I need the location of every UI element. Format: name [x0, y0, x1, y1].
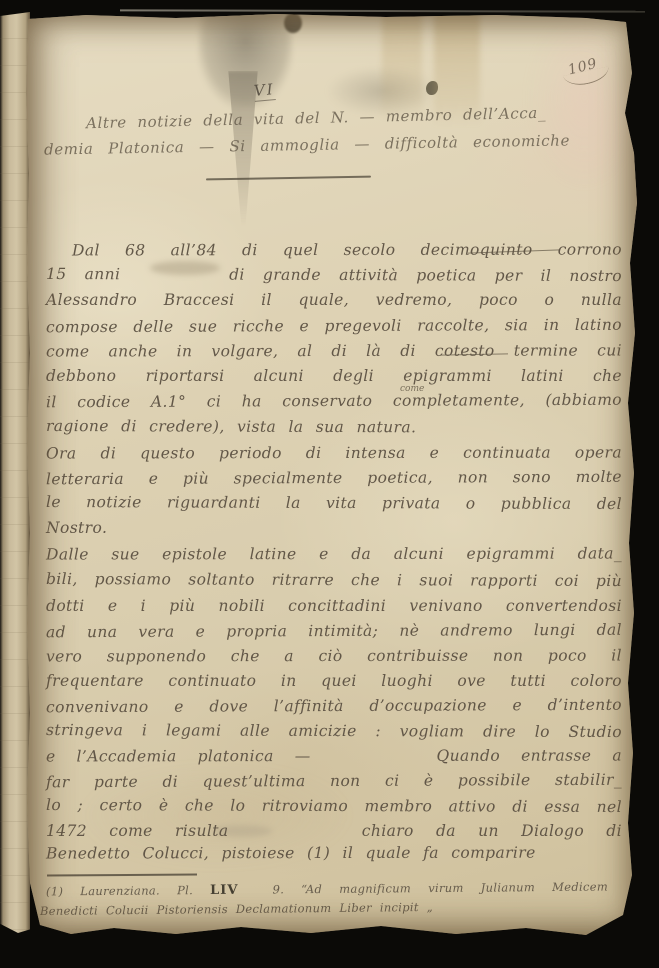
manuscript-line: come anche in volgare, al di là di cotes…: [46, 340, 622, 361]
footnote-line-2: Benedicti Colucii Pistoriensis Declamati…: [40, 900, 433, 919]
heading-line-1: Altre notizie della vita del N. — membro…: [86, 103, 546, 133]
manuscript-line: le notizie riguardanti la vita privata o…: [46, 492, 622, 514]
stain-brown-streak-left: [382, 13, 422, 118]
interlinear-correction: come: [400, 384, 424, 394]
book-gutter-page-edges: [0, 12, 30, 933]
heading-underline-rule: [206, 176, 371, 181]
manuscript-line: e l’Accademia platonica — Quando entrass…: [46, 745, 622, 766]
manuscript-line: far parte di quest’ultima non ci è possi…: [46, 770, 622, 793]
manuscript-line: ragione di credere), vista la sua natura…: [46, 416, 622, 438]
ink-dot: [426, 81, 438, 95]
stain-pink-tint-corner: [531, 13, 638, 183]
manuscript-line: dotti e i più nobili concittadini veniva…: [46, 596, 622, 616]
manuscript-line: bili, possiamo soltanto ritrarre che i s…: [46, 569, 622, 591]
footnote-text: (1) Laurenziana. Pl.: [46, 883, 210, 898]
manuscript-line: 15 anni di grande attività poetica per i…: [46, 264, 622, 286]
manuscript-line: frequentare continuato in quei luoghi ov…: [46, 671, 622, 691]
manuscript-line: il codice A.1° ci ha conservato completa…: [46, 390, 622, 413]
manuscript-line: 1472 come risulta chiaro da un Dialogo d…: [46, 821, 622, 841]
heading-line-2: demia Platonica — Si ammoglia — difficol…: [44, 130, 570, 159]
manuscript-line: convenivano e dove l’affinità d’occupazi…: [46, 695, 622, 718]
manuscript-line: Benedetto Colucci, pistoiese (1) il qual…: [46, 842, 622, 863]
footnote-text: 9. “Ad magnificum virum Julianum Medicem: [238, 880, 608, 897]
manuscript-line: stringeva i legami alle amicizie : vogli…: [46, 720, 622, 742]
stain-dark-spot: [284, 13, 302, 33]
footnote-separator-rule: [47, 873, 197, 876]
manuscript-line: compose delle sue ricche e pregevoli rac…: [46, 315, 622, 338]
manuscript-page: 109 VI Altre notizie della vita del N. —…: [26, 13, 638, 938]
scanned-page-photo: 109 VI Altre notizie della vita del N. —…: [0, 0, 659, 968]
chapter-numeral: VI: [253, 80, 275, 102]
manuscript-line: Nostro.: [46, 518, 622, 538]
manuscript-line: lo ; certo è che lo ritroviamo membro at…: [46, 795, 622, 817]
manuscript-line: Ora di questo periodo di intensa e conti…: [46, 442, 622, 463]
manuscript-line: Alessandro Braccesi il quale, vedremo, p…: [46, 290, 622, 310]
stain-gray-drip-top: [198, 13, 293, 108]
manuscript-line: ad una vera e propria intimità; nè andre…: [46, 620, 622, 643]
manuscript-line: Dalle sue epistole latine e da alcuni ep…: [46, 543, 622, 564]
manuscript-line: letteraria e più specialmente poetica, n…: [46, 467, 622, 490]
footnote-shelfmark-liv: LIV: [210, 883, 238, 898]
manuscript-line: vero supponendo che a ciò contribuisse n…: [46, 645, 622, 666]
footnote-line-1: (1) Laurenziana. Pl. LIV 9. “Ad magnific…: [46, 880, 608, 900]
manuscript-line: debbono riportarsi alcuni degli epigramm…: [46, 366, 622, 386]
upper-page-edge-line: [120, 9, 645, 12]
